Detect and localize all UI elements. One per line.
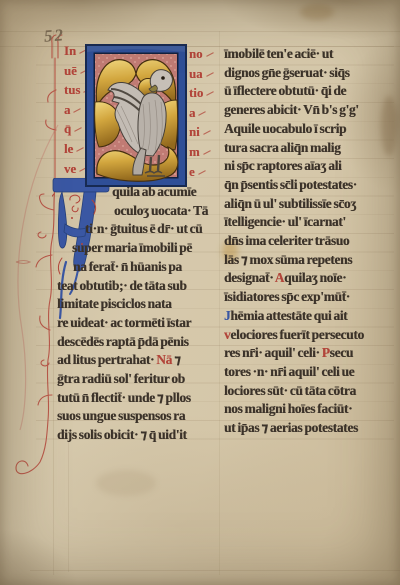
rubric-syllable: no xyxy=(189,45,214,65)
text-line: tura sacra aliq̄n malig xyxy=(224,139,396,158)
text-line: aliq̄n ū ul' subtilissīe sc̄oʒ xyxy=(224,195,396,214)
text-segment: res nr̄i· aquil' celi· xyxy=(224,345,322,360)
text-line: tutū n̄ flectit̄· unde ⁊ pllos xyxy=(55,389,217,408)
text-line: na ferat̄· n̄ hūanis pa xyxy=(55,258,217,277)
text-segment: elociores fuerīt persecuto xyxy=(230,327,363,342)
text-line: dignos gn̄e ḡseruat· siq̄s xyxy=(224,64,396,83)
manuscript-page: { "page": { "folio_number": "52" }, "col… xyxy=(0,0,400,585)
text-line: teat obtutib;· de tāta sub xyxy=(55,277,217,296)
text-line: designat̄· Aquilaʒ noīe· xyxy=(224,269,396,288)
eagle-miniature xyxy=(85,44,187,187)
text-line: q̄n p̄sentis sc̄li potestates· xyxy=(224,176,396,195)
text-segment: ⁊ xyxy=(172,352,181,367)
text-line: Aquile uocabulo ī scrip xyxy=(224,120,396,139)
right-text-column: īmobilē ten'e aciē· ut dignos gn̄e ḡseru… xyxy=(224,41,396,438)
rubric-syllable: a xyxy=(189,104,214,124)
text-line: nos maligni hoīes faciūt· xyxy=(224,400,396,419)
text-line: suos ungue suspensos ra xyxy=(55,407,217,426)
text-line: īmobilē ten'e aciē· ut xyxy=(224,45,396,64)
text-line: limitate pisciclos nata xyxy=(55,295,217,314)
rubric-syllable: ni xyxy=(189,123,214,143)
rubricated-letter: A xyxy=(275,270,284,285)
ruling-line-vertical xyxy=(219,31,220,575)
eagle-eye xyxy=(161,76,165,80)
text-line: Jhēmia attestāte qui ait xyxy=(224,307,396,326)
text-line: descēdēs raptā p̄dā pēnis xyxy=(55,333,217,352)
text-line: dijs solis obicit· ⁊ q̄ uid'it xyxy=(55,426,217,445)
left-text-column: quila ab acumīe oculoʒ uocata· Tā ti·n· … xyxy=(55,183,217,445)
text-line: lociores sūt· cū tāta cōtra xyxy=(224,382,396,401)
text-line: ni sp̄c raptores aīaʒ ali xyxy=(224,157,396,176)
text-line: ū īflectere obtutū· q̄i de xyxy=(224,82,396,101)
rubric-right-stack: no ua tio a ni m e xyxy=(189,45,214,182)
rubric-syllable: e xyxy=(189,163,214,183)
text-line: ītelligencie· ul' īcarnat' xyxy=(224,213,396,232)
text-line: oculoʒ uocata· Tā xyxy=(55,202,217,221)
text-segment: secu xyxy=(330,345,353,360)
text-segment: designat̄· xyxy=(224,270,275,285)
text-segment: hēmia attestāte qui ait xyxy=(230,308,347,323)
text-line: generes abicit· Vn̄ b's g'g' xyxy=(224,101,396,120)
folio-number: 52 xyxy=(43,25,65,46)
text-line: velociores fuerīt persecuto xyxy=(224,326,396,345)
text-line: īsidiatores sp̄c exp'mūt̄· xyxy=(224,288,396,307)
text-line: tores ·n· nr̄i aquil' celi ue xyxy=(224,363,396,382)
text-segment: quilaʒ noīe· xyxy=(284,270,346,285)
text-line: ad litus pertrahat· Nā ⁊ xyxy=(55,351,217,370)
parchment-stain xyxy=(300,4,334,20)
text-segment: ad litus pertrahat· xyxy=(57,352,156,367)
text-line: re uideat· ac tormēti īstar xyxy=(55,314,217,333)
rubric-syllable: ua xyxy=(189,65,214,85)
text-line: ut ip̄as ⁊ aerias potestates xyxy=(224,419,396,438)
text-line: ḡtra radiū sol' feritur ob xyxy=(55,370,217,389)
ruling-line-bottom xyxy=(30,570,400,571)
text-line: res nr̄i· aquil' celi· Psecu xyxy=(224,344,396,363)
rubric-syllable: tio xyxy=(189,84,214,104)
text-line: dn̄s ima celeriter trāsuo xyxy=(224,232,396,251)
text-line: super maria īmobili pē xyxy=(55,239,217,258)
text-line: ti·n· ḡtuitus ē dr̄· ut cū xyxy=(55,220,217,239)
rubric-syllable: m xyxy=(189,143,214,163)
text-line: lās ⁊ mox sūma repetens xyxy=(224,251,396,270)
rubricated-word: Nā xyxy=(156,352,172,367)
rubricated-letter: P xyxy=(322,345,330,360)
